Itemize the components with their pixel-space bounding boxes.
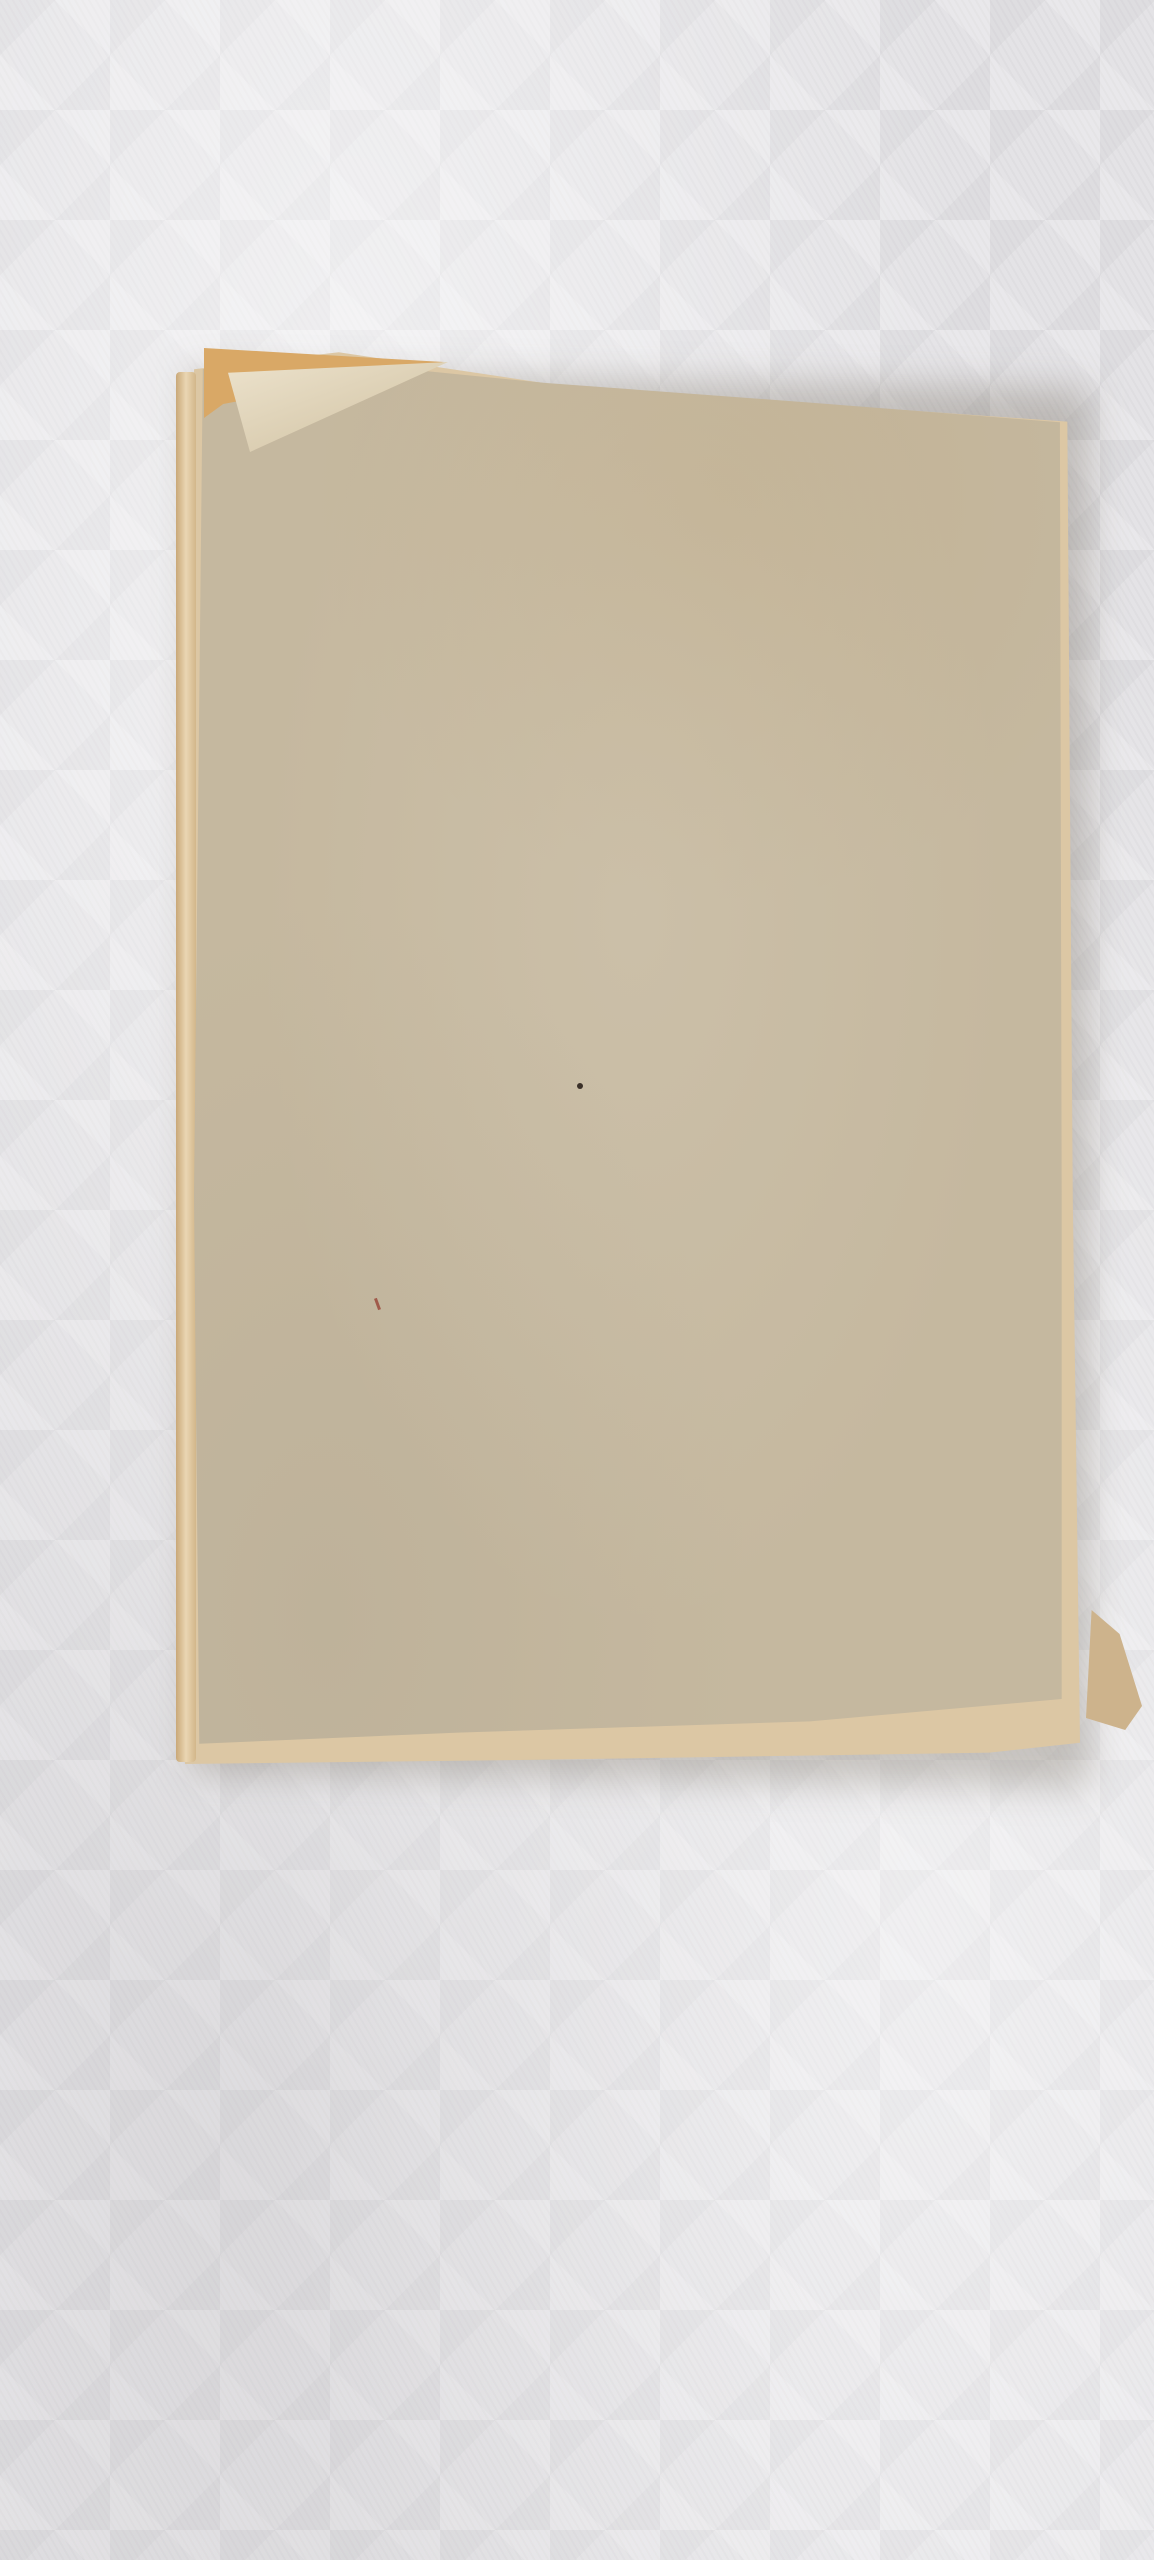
book-spine-edge [176,372,196,1762]
ink-spot [577,1083,583,1089]
book-back-cover [194,355,1074,1755]
